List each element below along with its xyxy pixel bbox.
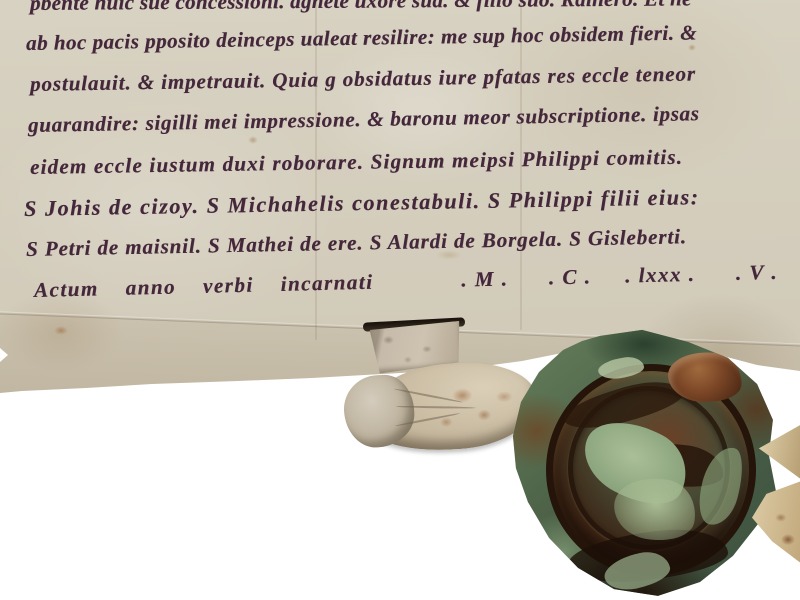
wax-seal [510,328,778,600]
charter-photograph: pbente huic sue concessioni. agnete uxor… [0,0,800,600]
charter-text-line-7: S Petri de maisnil. S Mathei de ere. S A… [26,224,687,262]
parchment-stain [54,326,68,335]
charter-text-line-5: eidem eccle iustum duxi roborare. Signum… [30,145,684,180]
seal-parchment-tie [342,355,539,460]
parchment-stain [248,136,258,144]
charter-text-line-3: postulauit. & impetrauit. Quia g obsidat… [30,62,696,97]
charter-text-line-1: pbente huic sue concessioni. agnete uxor… [30,0,692,16]
charter-text-line-4: guarandire: sigilli mei impressione. & b… [28,101,700,138]
charter-text-line-8-dating-clause: Actum anno verbi incarnati . M . . C . .… [34,260,779,303]
charter-text-line-6: S Johis de cizoy. S Michahelis conestabu… [24,184,700,222]
charter-text-line-2: ab hoc pacis pposito deinceps ualeat res… [26,20,697,56]
